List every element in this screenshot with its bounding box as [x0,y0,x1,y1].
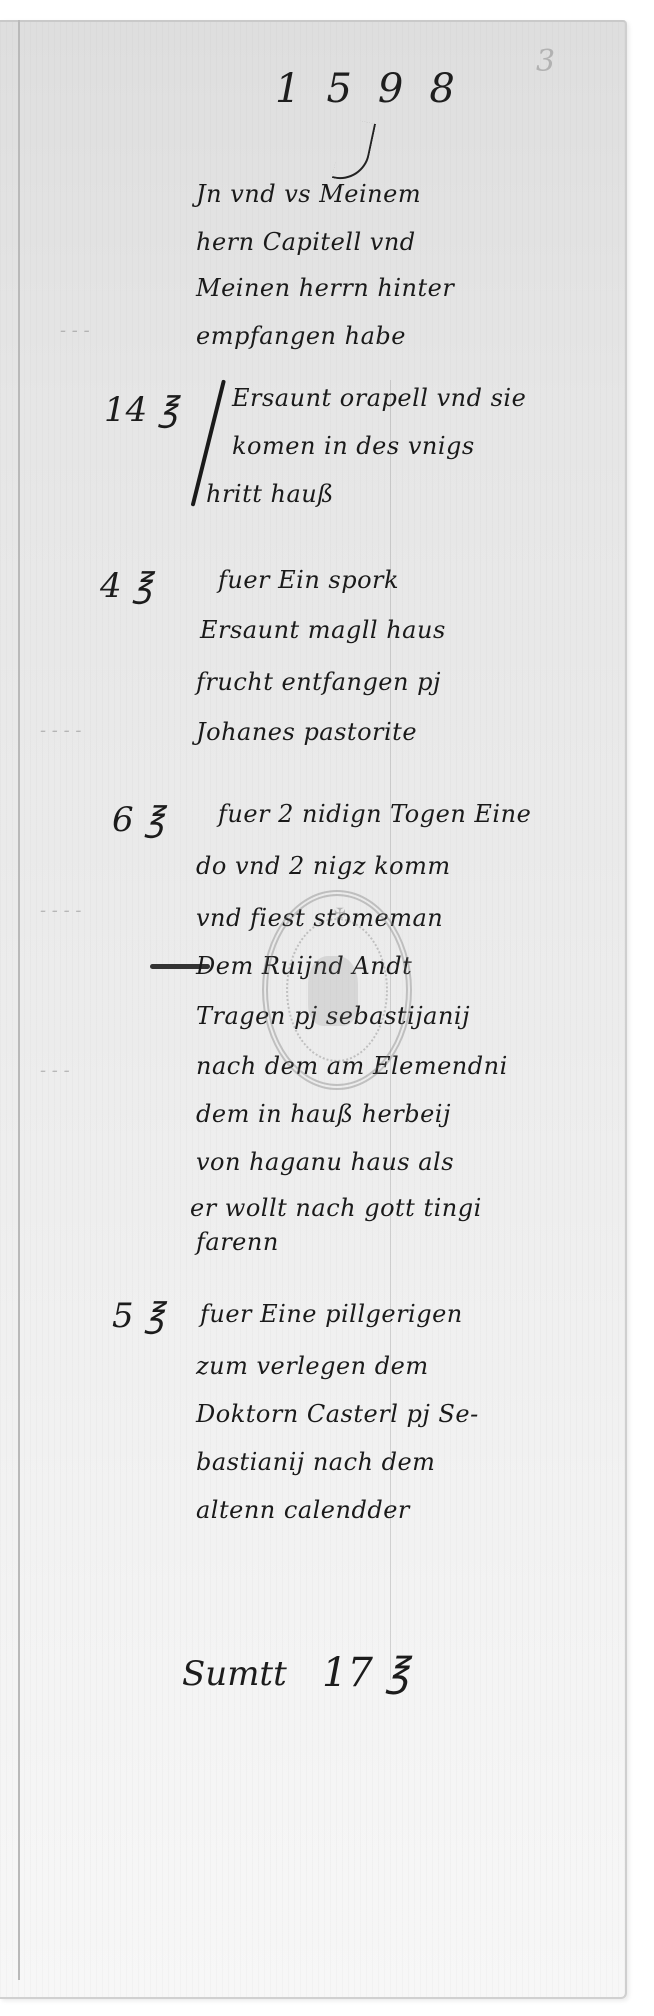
entry-line: Doktorn Casterl pj Se- [196,1400,479,1428]
margin-fold-line [18,20,20,1980]
entry-line: fuer Eine pillgerigen [200,1300,463,1328]
seal-figure-icon [308,956,358,1026]
entry-line: do vnd 2 nigz komm [196,852,451,880]
entry-line: Johanes pastorite [196,718,417,746]
entry-line: komen in des vnigs [232,432,475,460]
intro-line: Meinen herrn hinter [196,274,454,302]
intro-line: empfangen habe [196,322,406,350]
entry-line: Ersaunt magll haus [200,616,446,644]
entry-line: hritt hauß [206,480,334,508]
entry-line: farenn [196,1228,279,1256]
entry-amount: 5 ℥ [112,1296,164,1336]
entry-line: er wollt nach gott tingi [190,1194,482,1222]
entry-line: fuer 2 nidign Togen Eine [218,800,531,828]
seal-cross-icon: ✠ [334,906,346,922]
total-label: Sumtt [182,1654,287,1694]
bleed-through-text: ‑ ‑ ‑ ‑ [40,900,82,921]
intro-line: Jn vnd vs Meinem [196,180,421,208]
total-amount: 17 ℥ [322,1650,409,1696]
entry-amount: 4 ℥ [100,566,152,606]
entry-line: zum verlegen dem [196,1352,429,1380]
entry-line: bastianij nach dem [196,1448,435,1476]
entry-line: Ersaunt orapell vnd sie [232,384,526,412]
bleed-through-text: ‑ ‑ ‑ ‑ [40,720,82,741]
bleed-through-text: ‑ ‑ ‑ [60,320,90,341]
intro-line: hern Capitell vnd [196,228,416,256]
entry-line: altenn calendder [196,1496,410,1524]
ink-seal-stamp: ✠ [262,890,412,1090]
entry-line: frucht entfangen pj [196,668,441,696]
entry-line: fuer Ein spork [218,566,399,594]
page-number: 3 [536,44,555,79]
entry-amount: 6 ℥ [112,800,164,840]
entry-line: dem in hauß herbeij [196,1100,451,1128]
bleed-through-text: ‑ ‑ ‑ [40,1060,70,1081]
year-heading: 1598 [275,66,481,112]
entry-line: von haganu haus als [196,1148,454,1176]
entry-amount: 14 ℥ [104,390,178,430]
